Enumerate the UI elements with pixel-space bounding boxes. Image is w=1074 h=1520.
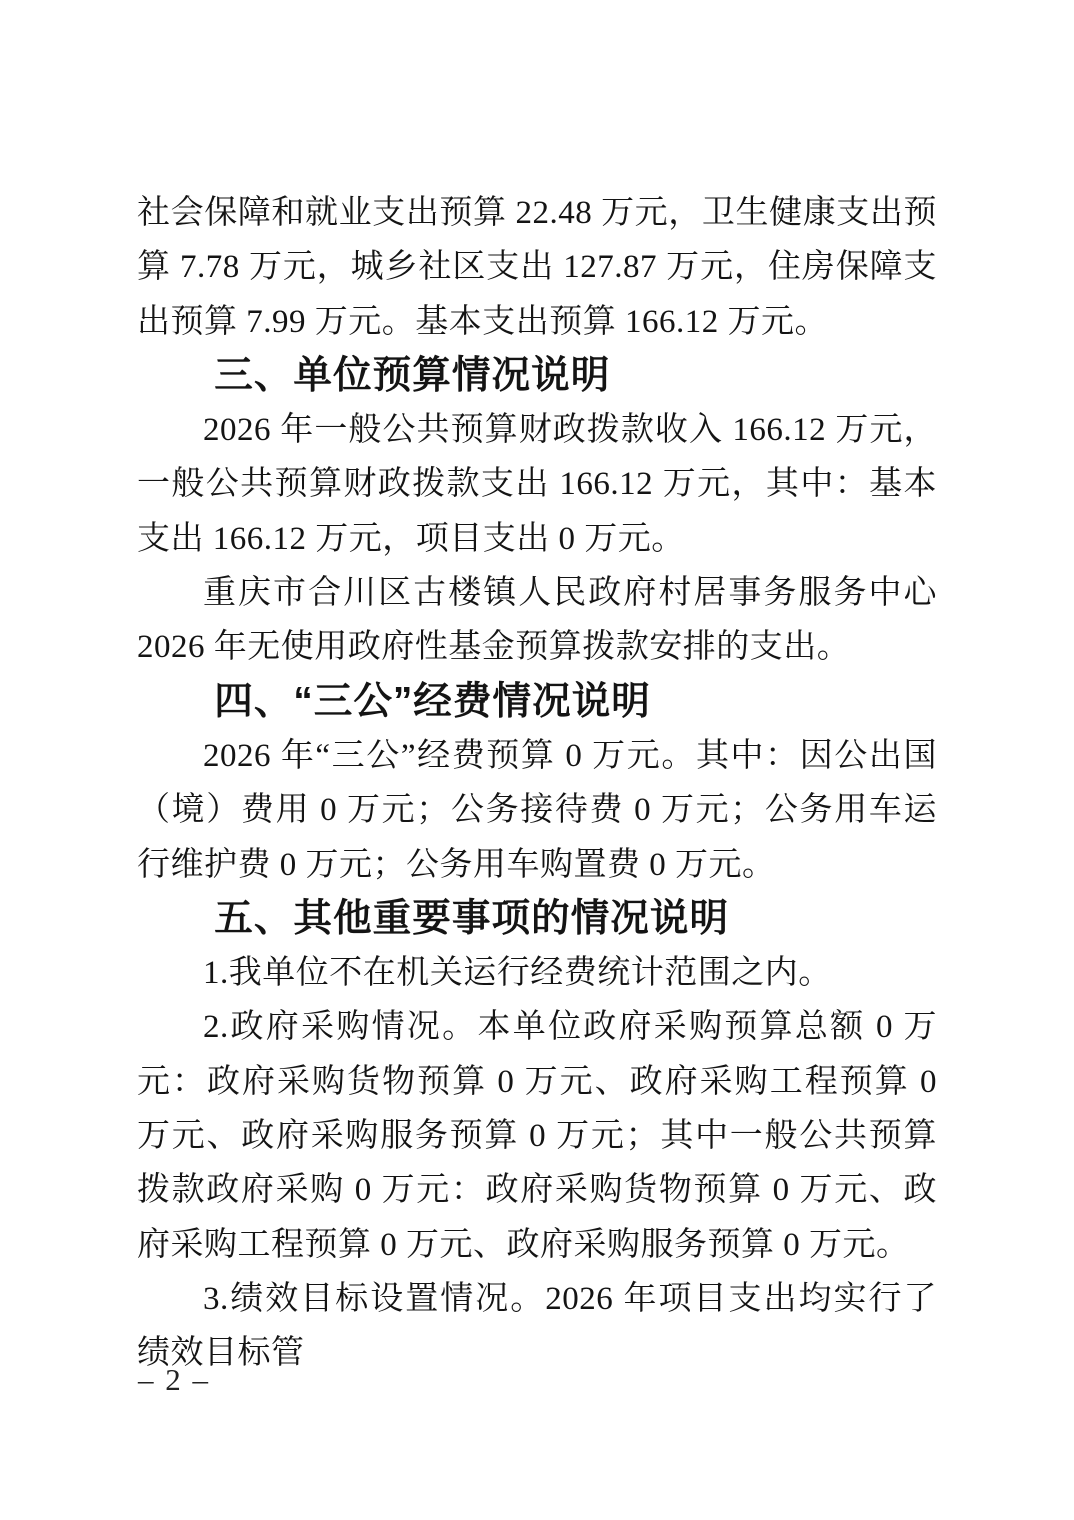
paragraph-performance-targets: 3.绩效目标设置情况。2026 年项目支出均实行了绩效目标管 <box>137 1272 937 1381</box>
paragraph-operating-expense-scope: 1.我单位不在机关运行经费统计范围之内。 <box>137 946 937 1000</box>
paragraph-government-procurement: 2.政府采购情况。本单位政府采购预算总额 0 万元：政府采购货物预算 0 万元、… <box>137 1000 937 1271</box>
page-number: – 2 – <box>138 1360 210 1400</box>
section-heading-other-important-matters: 五、其他重要事项的情况说明 <box>137 892 937 946</box>
paragraph-general-public-budget: 2026 年一般公共预算财政拨款收入 166.12 万元，一般公共预算财政拨款支… <box>137 403 937 566</box>
document-body: 社会保障和就业支出预算 22.48 万元，卫生健康支出预算 7.78 万元，城乡… <box>137 186 937 1381</box>
section-heading-three-public-expenses: 四、“三公”经费情况说明 <box>137 675 937 729</box>
document-page: 社会保障和就业支出预算 22.48 万元，卫生健康支出预算 7.78 万元，城乡… <box>0 0 1074 1520</box>
paragraph-government-fund: 重庆市合川区古楼镇人民政府村居事务服务中心 2026 年无使用政府性基金预算拨款… <box>137 566 937 675</box>
paragraph-expense-breakdown-continuation: 社会保障和就业支出预算 22.48 万元，卫生健康支出预算 7.78 万元，城乡… <box>137 186 937 349</box>
section-heading-unit-budget: 三、单位预算情况说明 <box>137 349 937 403</box>
paragraph-three-public-expenses: 2026 年“三公”经费预算 0 万元。其中：因公出国（境）费用 0 万元；公务… <box>137 729 937 892</box>
